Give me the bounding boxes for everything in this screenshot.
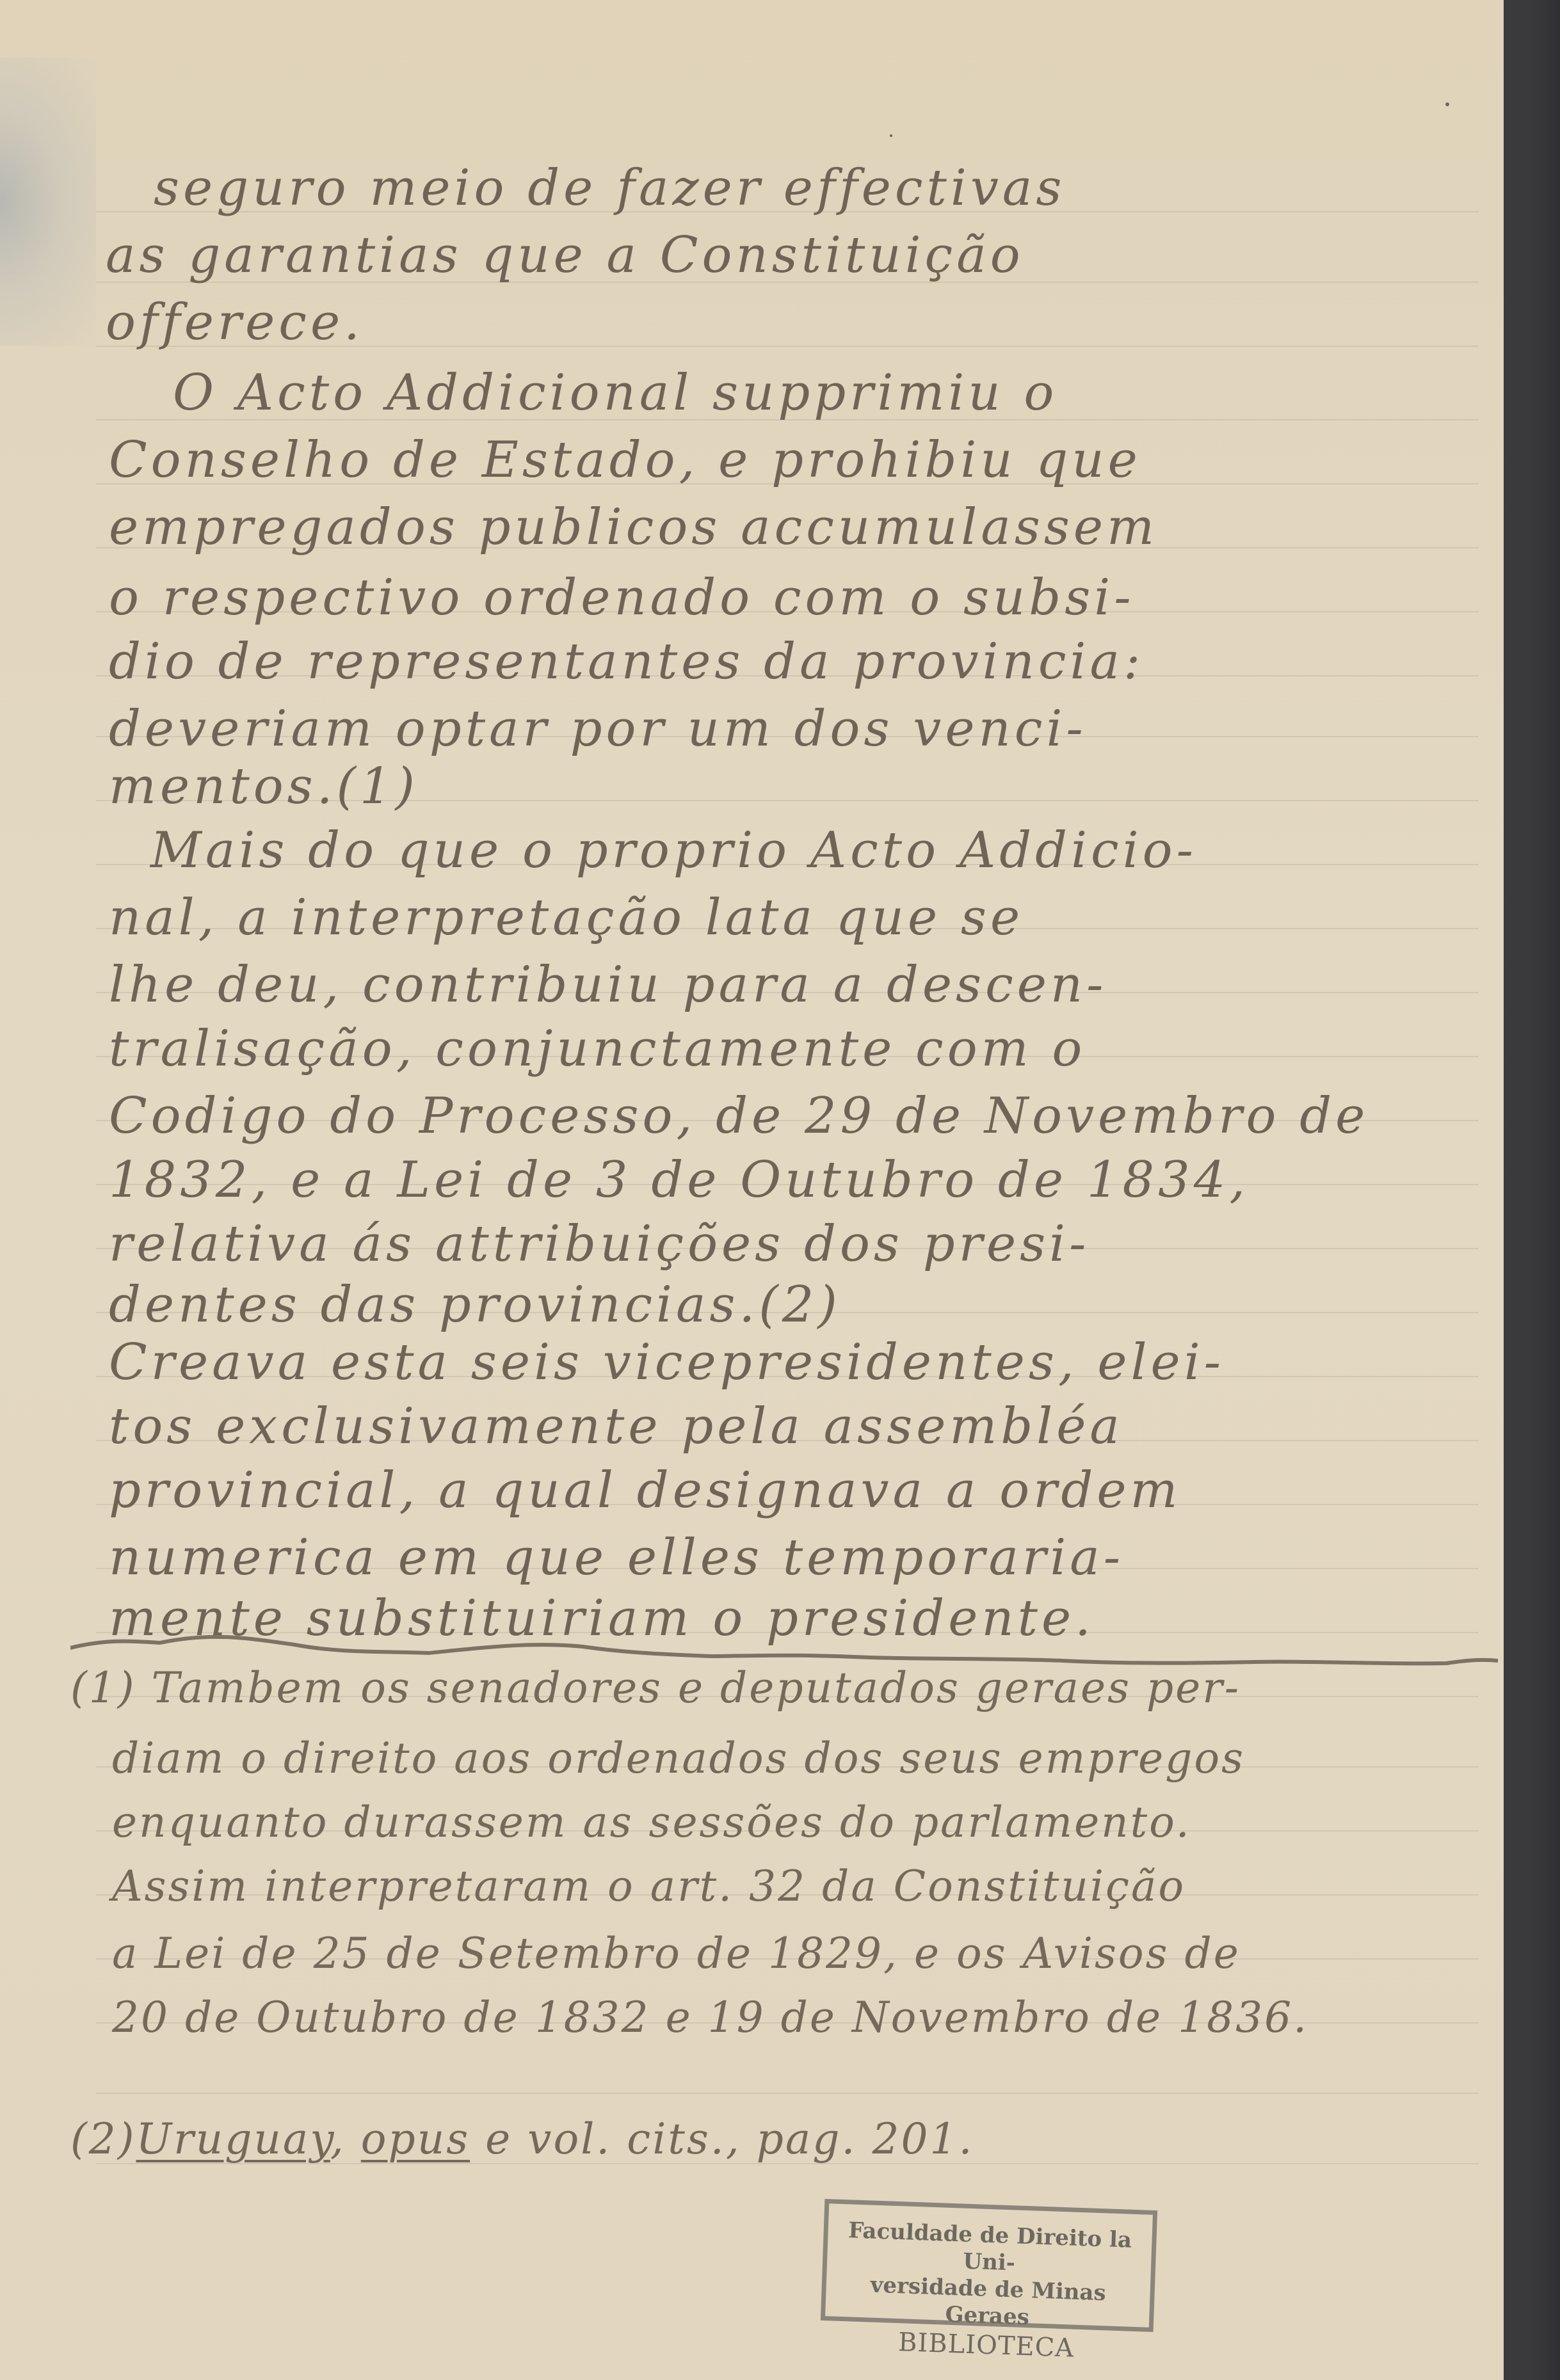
- body-line: deveriam optar por um dos venci-: [109, 704, 1087, 754]
- footnote-1: (1) Tambem os senadores e deputados gera…: [70, 1667, 1241, 1709]
- body-line: mentos.(1): [109, 762, 419, 811]
- body-line: Creava esta seis vicepresidentes, elei-: [109, 1338, 1225, 1387]
- body-line: 1832, e a Lei de 3 de Outubro de 1834,: [109, 1155, 1249, 1205]
- book-binding-edge: [1504, 0, 1560, 2380]
- body-line: provincial, a qual designava a ordem: [109, 1466, 1182, 1515]
- library-stamp: Faculdade de Direito la Uni- versidade d…: [821, 2199, 1157, 2332]
- footnote-line: 20 de Outubro de 1832 e 19 de Novembro d…: [112, 1997, 1308, 2039]
- body-line: lhe deu, contribuiu para a descen-: [109, 960, 1107, 1010]
- citation-opus: opus: [361, 2114, 470, 2164]
- body-line: Mais do que o proprio Acto Addicio-: [150, 826, 1197, 875]
- footnote-line: diam o direito aos ordenados dos seus em…: [112, 1737, 1245, 1780]
- paper-speck: [1445, 102, 1449, 106]
- body-line: relativa ás attribuições dos presi-: [109, 1219, 1090, 1269]
- body-line: Conselho de Estado, e prohibiu que: [109, 435, 1141, 485]
- footnote-divider: [70, 1635, 1498, 1667]
- body-line: empregados publicos accumulassem: [109, 502, 1158, 552]
- footnote-marker: (1): [70, 1663, 136, 1713]
- body-line: seguro meio de fazer effectivas: [154, 163, 1065, 213]
- footnote-2: (2)Uruguay, opus e vol. cits., pag. 201.: [70, 2118, 974, 2160]
- body-line: offerece.: [106, 298, 364, 347]
- citation-rest: e vol. cits., pag. 201.: [470, 2114, 974, 2164]
- body-line: nal, a interpretação lata que se: [109, 893, 1024, 943]
- body-line: O Acto Addicional supprimiu o: [173, 368, 1057, 418]
- body-line: tralisação, conjunctamente com o: [109, 1024, 1086, 1074]
- citation-separator: ,: [330, 2114, 361, 2164]
- footnote-line: Assim interpretaram o art. 32 da Constit…: [112, 1865, 1186, 1908]
- body-line: as garantias que a Constituição: [106, 230, 1024, 280]
- body-line: o respectivo ordenado com o subsi-: [109, 573, 1135, 623]
- ruled-line: [96, 2093, 1479, 2094]
- body-line: dio de representantes da provincia:: [109, 637, 1144, 687]
- paper-speck: [890, 134, 892, 137]
- footnote-marker: (2): [70, 2114, 136, 2164]
- body-line: dentes das provincias.(2): [109, 1280, 841, 1330]
- manuscript-page: seguro meio de fazer effectivas as garan…: [0, 0, 1504, 2380]
- body-line: Codigo do Processo, de 29 de Novembro de: [109, 1091, 1369, 1141]
- page-stain: [0, 58, 96, 346]
- body-line: numerica em que elles temporaria-: [109, 1533, 1124, 1583]
- citation-author: Uruguay: [136, 2114, 330, 2164]
- footnote-line: enquanto durassem as sessões do parlamen…: [112, 1801, 1191, 1844]
- footnote-text: Tambem os senadores e deputados geraes p…: [151, 1663, 1241, 1713]
- body-line: tos exclusivamente pela assembléa: [109, 1402, 1123, 1451]
- footnote-line: a Lei de 25 de Setembro de 1829, e os Av…: [112, 1933, 1241, 1975]
